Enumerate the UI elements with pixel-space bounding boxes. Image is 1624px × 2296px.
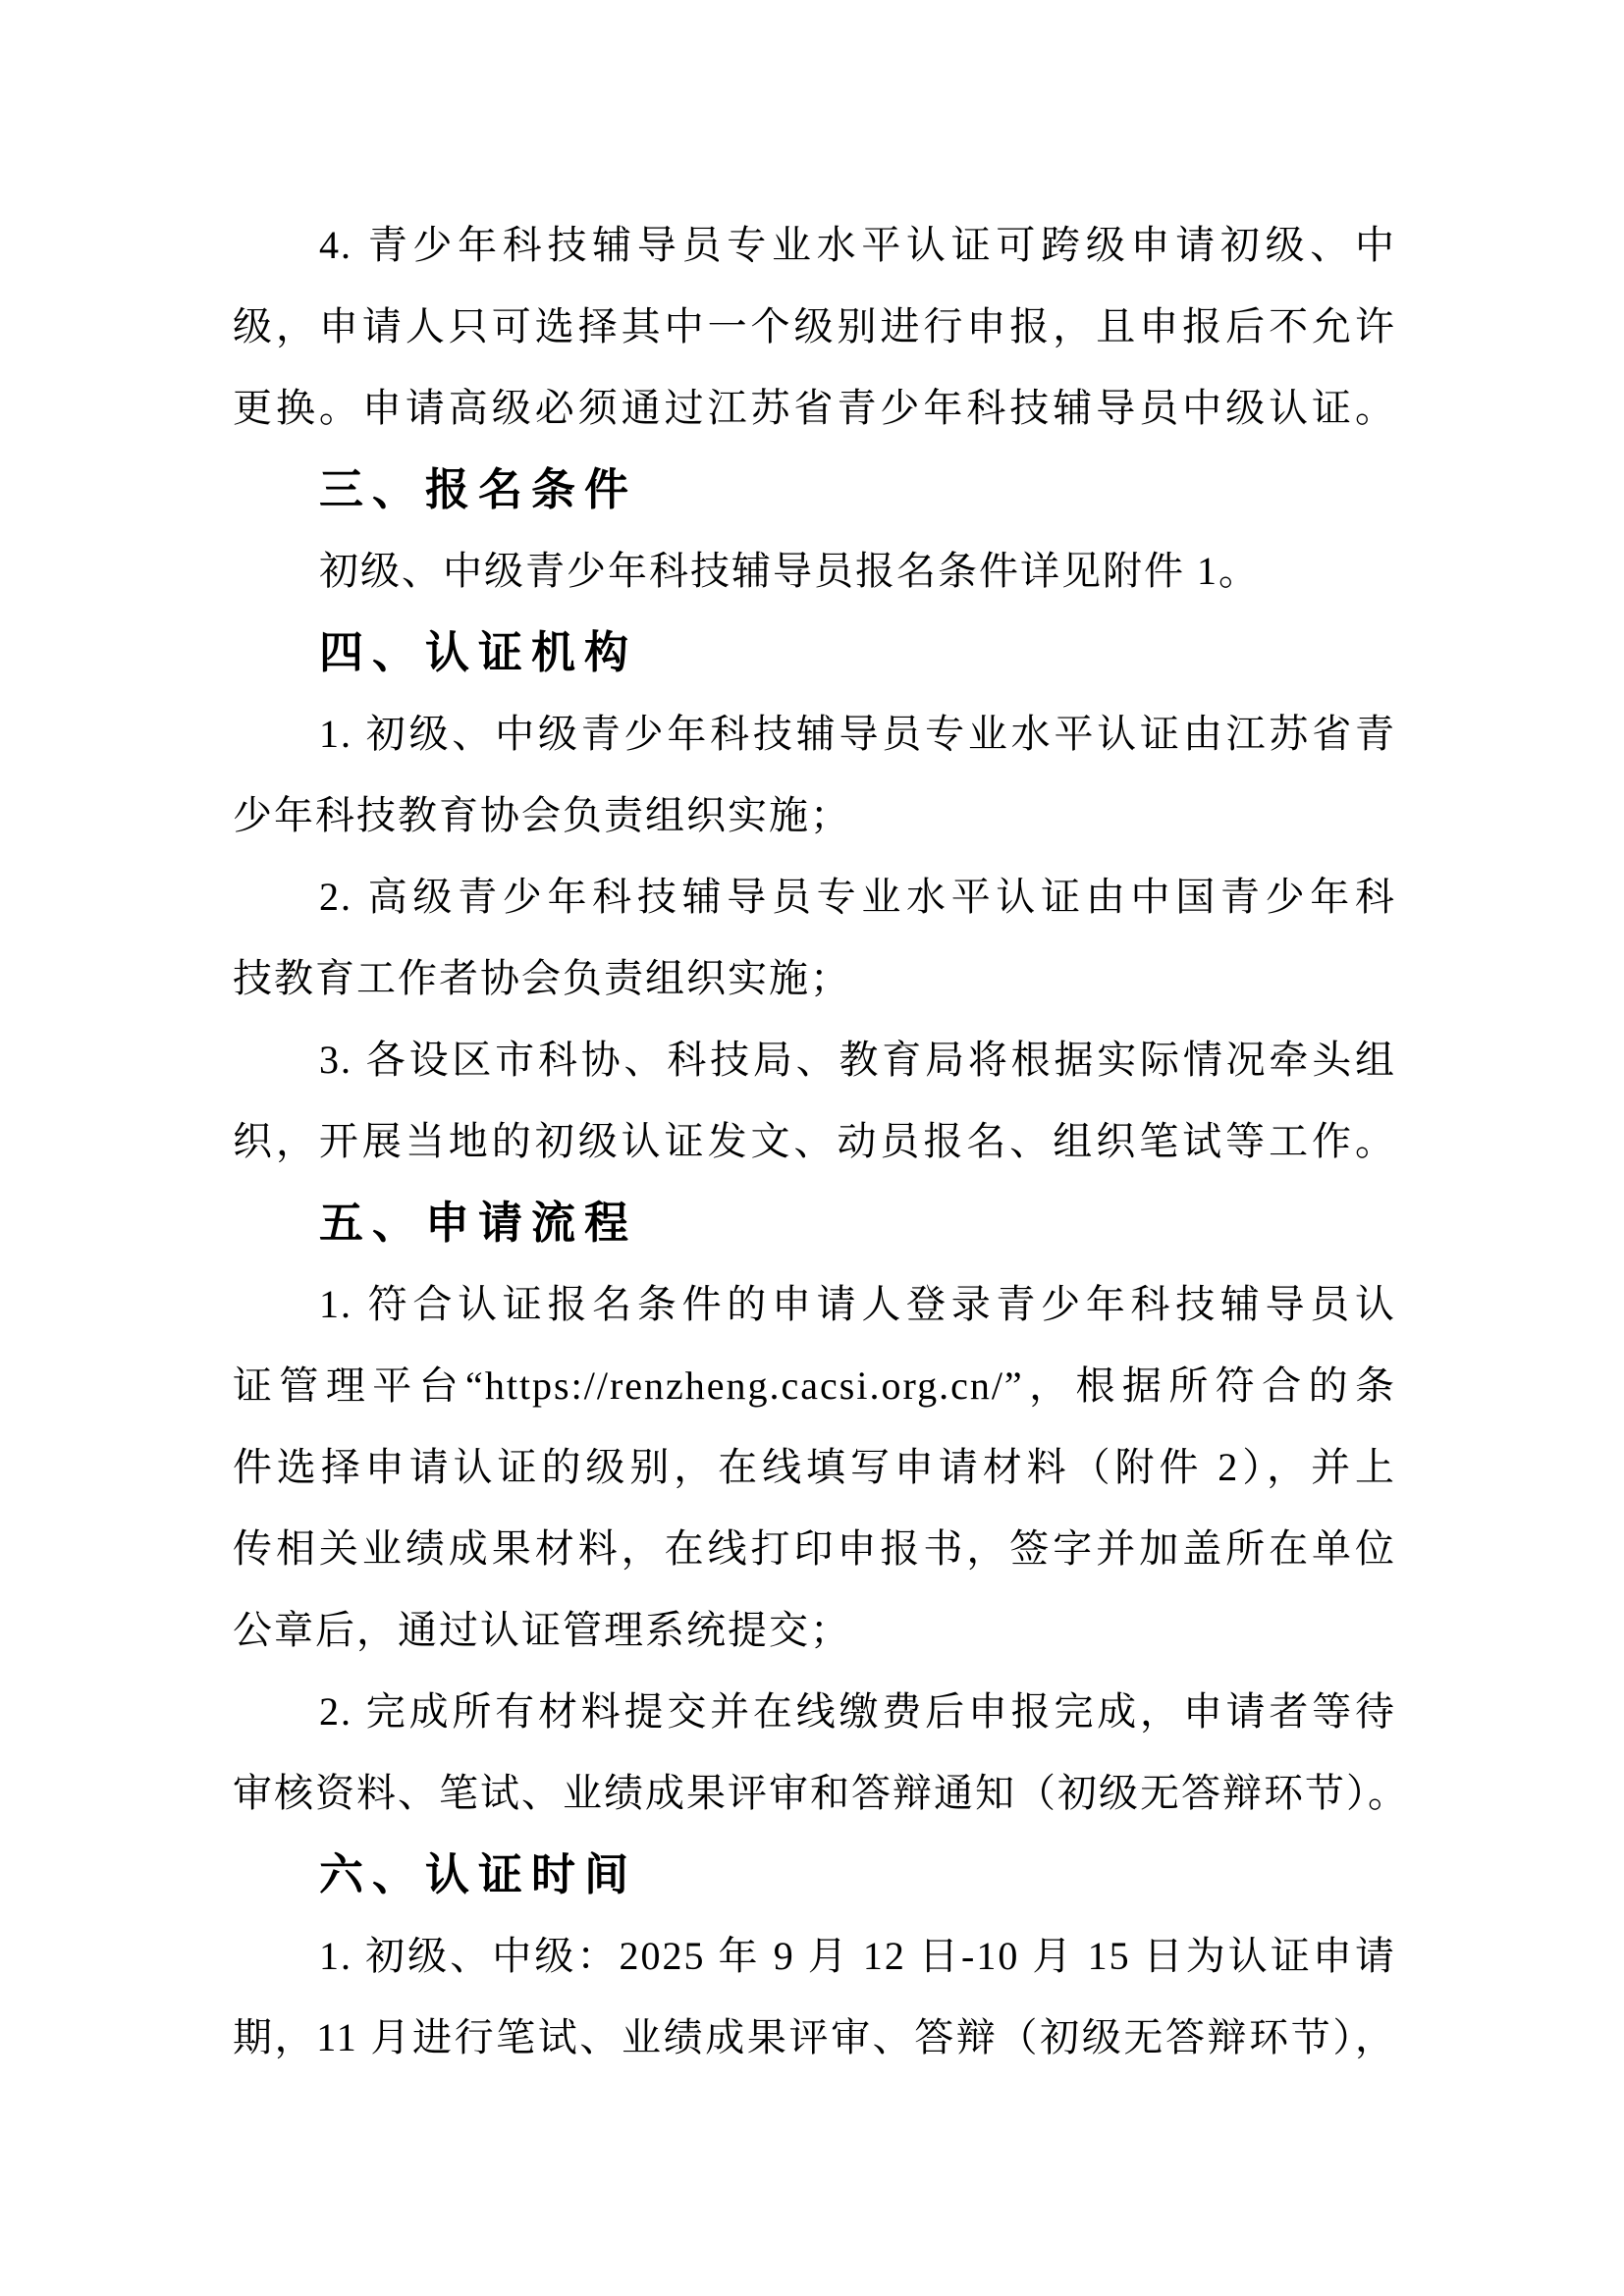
paragraph-line: 1. 初级、中级：2025 年 9 月 12 日-10 月 15 日为认证申请 <box>233 1915 1396 1997</box>
paragraph-line: 织，开展当地的初级认证发文、动员报名、组织笔试等工作。 <box>233 1100 1396 1182</box>
paragraph-line: 期，11 月进行笔试、业绩成果评审、答辩（初级无答辩环节）， <box>233 1997 1396 2078</box>
document-text-block: 4. 青少年科技辅导员专业水平认证可跨级申请初级、中级，申请人只可选择其中一个级… <box>233 204 1396 2078</box>
document-page: 4. 青少年科技辅导员专业水平认证可跨级申请初级、中级，申请人只可选择其中一个级… <box>0 0 1624 2296</box>
paragraph-line: 证管理平台“https://renzheng.cacsi.org.cn/”，根据… <box>233 1345 1396 1426</box>
paragraph-line: 少年科技教育协会负责组织实施； <box>233 774 1396 856</box>
paragraph-line: 2. 高级青少年科技辅导员专业水平认证由中国青少年科 <box>233 856 1396 937</box>
paragraph-line: 更换。申请高级必须通过江苏省青少年科技辅导员中级认证。 <box>233 367 1396 449</box>
paragraph-line: 4. 青少年科技辅导员专业水平认证可跨级申请初级、中 <box>233 204 1396 286</box>
paragraph-line: 级，申请人只可选择其中一个级别进行申报，且申报后不允许 <box>233 286 1396 367</box>
paragraph-line: 初级、中级青少年科技辅导员报名条件详见附件 1。 <box>233 530 1396 612</box>
paragraph-line: 公章后，通过认证管理系统提交； <box>233 1589 1396 1671</box>
paragraph-line: 1. 初级、中级青少年科技辅导员专业水平认证由江苏省青 <box>233 693 1396 774</box>
paragraph-line: 审核资料、笔试、业绩成果评审和答辩通知（初级无答辩环节）。 <box>233 1752 1396 1834</box>
paragraph-line: 1. 符合认证报名条件的申请人登录青少年科技辅导员认 <box>233 1263 1396 1345</box>
paragraph-line: 3. 各设区市科协、科技局、教育局将根据实际情况牵头组 <box>233 1019 1396 1100</box>
section-heading: 四、认证机构 <box>233 612 1396 693</box>
section-heading: 五、申请流程 <box>233 1182 1396 1263</box>
paragraph-line: 技教育工作者协会负责组织实施； <box>233 937 1396 1019</box>
paragraph-line: 传相关业绩成果材料，在线打印申报书，签字并加盖所在单位 <box>233 1508 1396 1589</box>
paragraph-line: 件选择申请认证的级别，在线填写申请材料（附件 2），并上 <box>233 1426 1396 1508</box>
section-heading: 三、报名条件 <box>233 449 1396 530</box>
paragraph-line: 2. 完成所有材料提交并在线缴费后申报完成，申请者等待 <box>233 1671 1396 1752</box>
section-heading: 六、认证时间 <box>233 1834 1396 1915</box>
